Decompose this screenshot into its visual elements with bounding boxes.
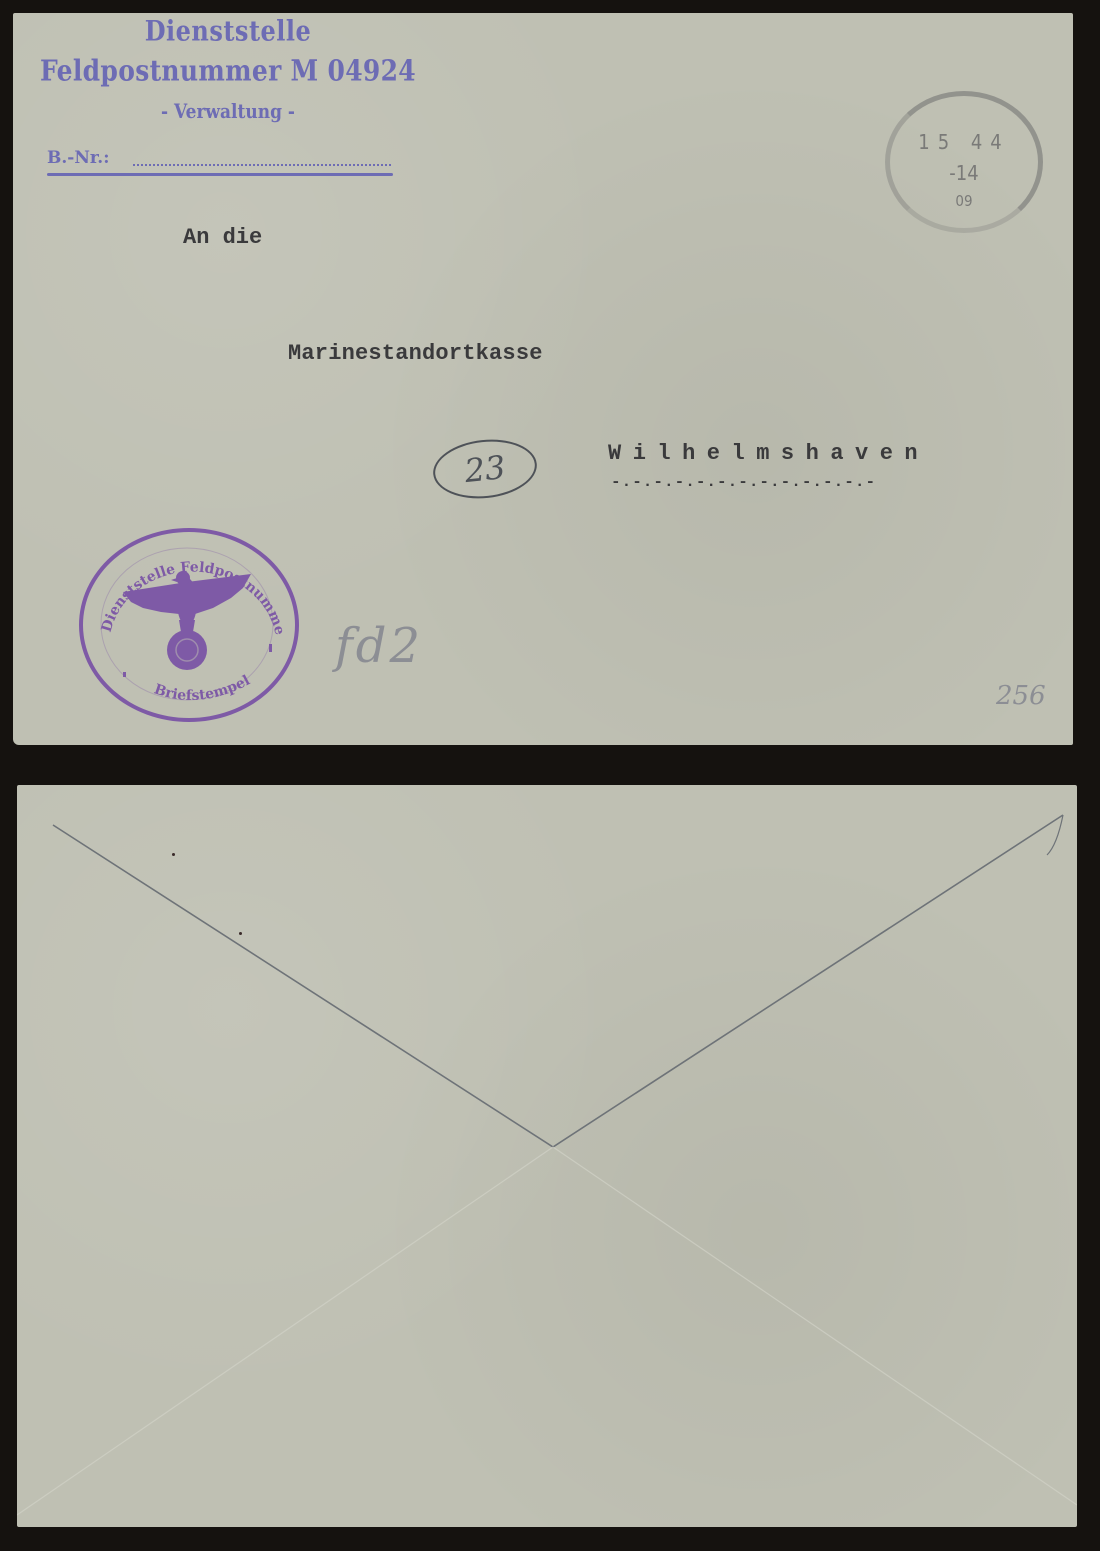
ink-speck <box>239 932 242 935</box>
address-city: Wilhelmshaven <box>608 441 929 466</box>
official-seal-stamp: Dienststelle Feldpostnummer M 04924 Brie… <box>79 528 299 722</box>
reference-number-dotted-line <box>133 164 391 166</box>
eagle-emblem-icon: Dienststelle Feldpostnummer M 04924 Brie… <box>83 532 295 718</box>
reference-number-label: B.-Nr.: <box>47 148 109 168</box>
pencil-number: 256 <box>996 681 1046 711</box>
envelope-back <box>17 785 1077 1527</box>
circled-number-annotation: 23 <box>430 435 539 504</box>
postmark-code: 09 <box>890 192 1038 210</box>
sender-stamp-rule <box>47 173 393 176</box>
sender-field-post-number: Feldpostnummer M 04924 <box>18 54 438 87</box>
address-city-underline: -.-.-.-.-.-.-.-.-.-.-.-.- <box>611 473 876 491</box>
postmark-hour: -14 <box>890 161 1038 185</box>
sender-department: - Verwaltung - <box>13 101 443 124</box>
address-salutation: An die <box>183 225 262 250</box>
sender-office-label: Dienststelle <box>13 14 443 47</box>
postmark-date: 15 44 <box>890 130 1038 154</box>
svg-text:Briefstempel: Briefstempel <box>152 673 253 705</box>
ink-speck <box>172 853 175 856</box>
pencil-note: fd2 <box>335 618 423 674</box>
address-recipient: Marinestandortkasse <box>288 341 543 366</box>
postmark-cancel: 15 44 -14 09 <box>885 91 1043 233</box>
envelope-flap-lines <box>17 785 1077 1527</box>
envelope-front: Dienststelle Feldpostnummer M 04924 - Ve… <box>13 13 1073 745</box>
